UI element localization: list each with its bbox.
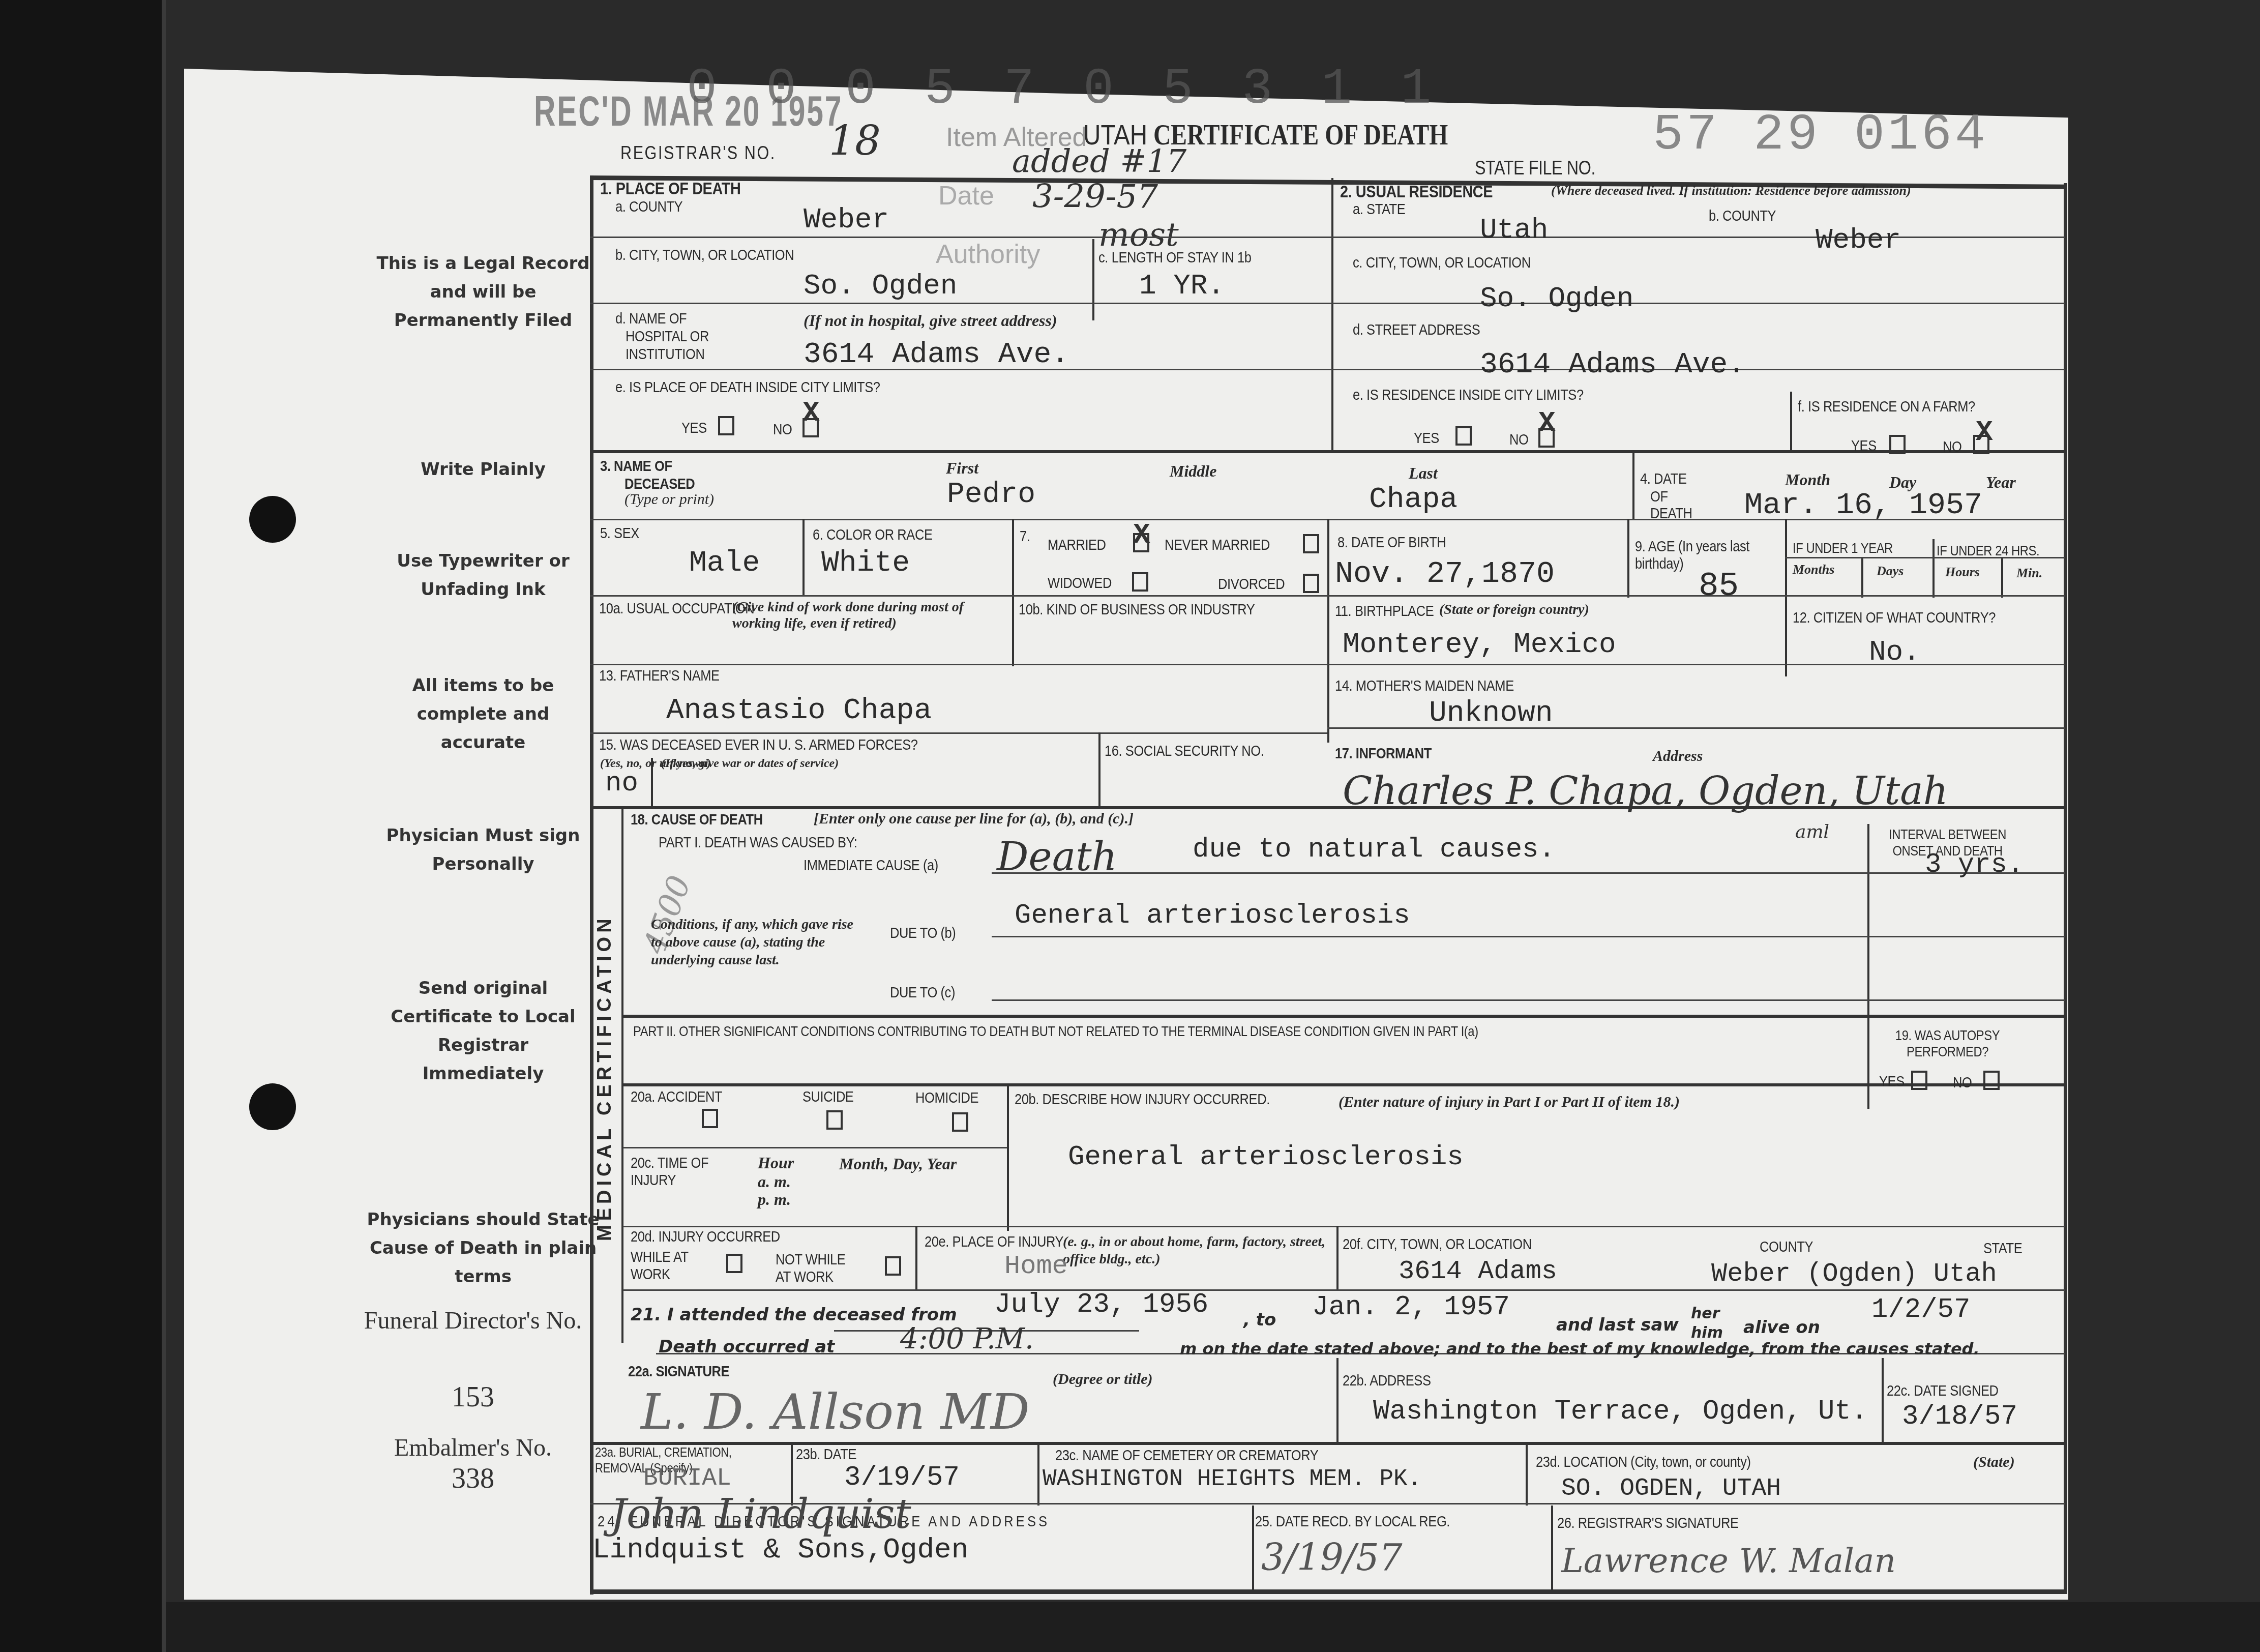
- part1-label: PART I. DEATH WAS CAUSED BY:: [659, 834, 857, 851]
- pod-inside-city-label: e. IS PLACE OF DEATH INSIDE CITY LIMITS?: [615, 379, 880, 396]
- res-farm-label: f. IS RESIDENCE ON A FARM?: [1798, 398, 1975, 416]
- scan-background: [166, 1602, 2260, 1652]
- date-recd-label: 25. DATE RECD. BY LOCAL REG.: [1255, 1513, 1450, 1530]
- citizen-value[interactable]: No.: [1869, 636, 1920, 668]
- divider: [621, 809, 623, 1343]
- occupation-label: 10a. USUAL OCCUPATION: [599, 600, 754, 617]
- to-label: , to: [1243, 1310, 1276, 1330]
- pod-yes-label: YES: [681, 420, 707, 437]
- medical-certification-label: MEDICAL CERTIFICATION: [594, 914, 616, 1241]
- informant-initials: aml: [1795, 821, 1829, 842]
- pod-no-label: NO: [773, 421, 792, 438]
- pod-county-value[interactable]: Weber: [804, 203, 889, 236]
- degree-label: (Degree or title): [1053, 1371, 1153, 1388]
- pod-city-value[interactable]: So. Ogden: [804, 270, 957, 302]
- funeral-director-no: 153: [351, 1383, 595, 1411]
- divider: [1331, 178, 1333, 453]
- birth-date-value[interactable]: Nov. 27,1870: [1335, 557, 1555, 592]
- section-line: [623, 1083, 2065, 1086]
- alteration-date: 3-29-57: [1032, 178, 1158, 216]
- cemetery-value[interactable]: WASHINGTON HEIGHTS MEM. PK.: [1043, 1466, 1421, 1492]
- married-label: MARRIED: [1048, 537, 1106, 554]
- injury-city-label: 20f. CITY, TOWN, OR LOCATION: [1343, 1236, 1532, 1253]
- divider: [1627, 519, 1629, 598]
- divider: [1861, 557, 1863, 598]
- margin-note-complete: All items to be complete and accurate: [376, 671, 590, 757]
- margin-note-physician-sign: Physician Must sign Personally: [376, 821, 590, 878]
- autopsy-no-checkbox[interactable]: [1983, 1071, 2000, 1090]
- last-name-label: Last: [1409, 464, 1438, 483]
- due-to-b-value[interactable]: General arteriosclerosis: [1015, 900, 1410, 931]
- informant-title: 17. INFORMANT: [1335, 745, 1432, 762]
- middle-name-label: Middle: [1170, 462, 1216, 481]
- pod-inside-city-yes-checkbox[interactable]: [718, 416, 734, 435]
- form-border-bottom: [590, 1589, 2067, 1594]
- while-at-work-label: WHILE AT WORK: [631, 1249, 691, 1283]
- divider: [1785, 519, 1787, 676]
- farm-no-label: NO: [1943, 438, 1961, 456]
- location-label: 23d. LOCATION (City, town, or county): [1536, 1454, 1751, 1471]
- sex-label: 5. SEX: [600, 525, 639, 542]
- date-signed-label: 22c. DATE SIGNED: [1887, 1382, 1998, 1400]
- dod-month-label: Month: [1785, 470, 1830, 489]
- not-while-at-work-label: NOT WHILE AT WORK: [776, 1251, 853, 1286]
- divider: [1526, 1444, 1528, 1506]
- dod-label-1: 4. DATE: [1640, 470, 1686, 488]
- cause-hint: [Enter only one cause per line for (a), …: [814, 810, 1134, 828]
- dod-label-2: OF: [1650, 488, 1668, 506]
- not-while-at-work-checkbox[interactable]: [885, 1256, 901, 1276]
- cause-line-c: [992, 999, 2065, 1001]
- physician-address-value[interactable]: Washington Terrace, Ogden, Ut.: [1373, 1396, 1867, 1427]
- informant-address-label: Address: [1653, 748, 1703, 765]
- am-label: a. m.: [758, 1172, 791, 1191]
- divider: [1632, 453, 1634, 519]
- divider: [1790, 392, 1792, 453]
- form-border-right: [2064, 183, 2067, 1592]
- registrar-no-label: REGISTRAR'S NO.: [620, 142, 776, 164]
- homicide-checkbox[interactable]: [952, 1112, 968, 1132]
- father-label: 13. FATHER'S NAME: [599, 667, 720, 685]
- due-to-b-label: DUE TO (b): [890, 925, 956, 942]
- row-line: [590, 595, 2065, 597]
- birthplace-label: 11. BIRTHPLACE: [1335, 603, 1434, 620]
- serial-number: 0 0 0 5 7 0 5 3 1 1: [687, 61, 1440, 119]
- cause-title: 18. CAUSE OF DEATH: [631, 811, 763, 828]
- funeral-director-value[interactable]: Lindquist & Sons,Ogden: [592, 1533, 968, 1566]
- injury-city-value[interactable]: 3614 Adams: [1399, 1256, 1557, 1286]
- accident-label: 20a. ACCIDENT: [631, 1088, 722, 1106]
- divorced-label: DIVORCED: [1218, 576, 1285, 593]
- days-label: Days: [1877, 564, 1904, 579]
- res-street-label: d. STREET ADDRESS: [1353, 321, 1480, 339]
- name-label-1: 3. NAME OF: [600, 458, 672, 475]
- autopsy-no-label: NO: [1953, 1074, 1972, 1091]
- dod-year-label: Year: [1986, 473, 2016, 492]
- widowed-checkbox[interactable]: [1132, 572, 1148, 592]
- signature-label: 22a. SIGNATURE: [628, 1363, 729, 1380]
- cemetery-label: 23c. NAME OF CEMETERY OR CREMATORY: [1055, 1447, 1318, 1464]
- usual-residence-hint: (Where deceased lived. If institution: R…: [1551, 183, 1911, 198]
- hours-label: Hours: [1945, 565, 1980, 580]
- divider: [1007, 1083, 1009, 1231]
- row-line: [590, 303, 2065, 304]
- registrar-signature[interactable]: Lawrence W. Malan: [1561, 1541, 1896, 1580]
- last-saw-date-value[interactable]: 1/2/57: [1871, 1294, 1970, 1325]
- res-inside-city-label: e. IS RESIDENCE INSIDE CITY LIMITS?: [1353, 387, 1584, 404]
- margin-note-legal-record: This is a Legal Record and will be Perma…: [376, 249, 590, 335]
- dod-label-3: DEATH: [1650, 505, 1692, 522]
- divider: [915, 1226, 917, 1289]
- marital-label: 7.: [1020, 528, 1030, 545]
- first-name-value[interactable]: Pedro: [947, 478, 1035, 511]
- age-value[interactable]: 85: [1699, 567, 1739, 605]
- death-occurred-label: Death occurred at: [659, 1337, 835, 1357]
- res-county-label: b. COUNTY: [1709, 208, 1776, 225]
- birth-date-label: 8. DATE OF BIRTH: [1337, 534, 1446, 551]
- certificate-title: UTAH CERTIFICATE OF DEATH: [1083, 118, 1448, 152]
- divider: [1012, 519, 1014, 666]
- name-label-2: DECEASED: [625, 476, 695, 493]
- birthplace-value[interactable]: Monterey, Mexico: [1343, 628, 1616, 661]
- under-1-year-label: IF UNDER 1 YEAR: [1793, 540, 1893, 556]
- row-line: [623, 1226, 2065, 1227]
- under-24-hrs-label: IF UNDER 24 HRS.: [1937, 543, 2039, 559]
- registrar-no-value: 18: [829, 117, 881, 164]
- pod-county-label: a. COUNTY: [615, 198, 682, 216]
- race-value[interactable]: White: [821, 547, 910, 580]
- state-file-no-label: STATE FILE NO.: [1475, 158, 1595, 180]
- section-line: [590, 1442, 2065, 1445]
- date-of-death-value[interactable]: Mar. 16, 1957: [1744, 488, 1982, 523]
- armed-forces-hint-2: (If yes, give war or dates of service): [661, 757, 839, 771]
- immediate-cause-typed[interactable]: due to natural causes.: [1193, 834, 1555, 865]
- punch-hole-icon: [249, 496, 296, 543]
- pod-city-label: b. CITY, TOWN, OR LOCATION: [615, 247, 794, 264]
- burial-date-value[interactable]: 3/19/57: [844, 1462, 960, 1493]
- title-state: UTAH: [1083, 119, 1147, 151]
- funeral-director-signature[interactable]: John Lindquist: [610, 1490, 911, 1538]
- section-line: [623, 1015, 2065, 1018]
- ssn-label: 16. SOCIAL SECURITY NO.: [1105, 743, 1264, 760]
- birthplace-hint: (State or foreign country): [1439, 602, 1589, 618]
- interval-value[interactable]: 3 yrs.: [1925, 849, 2024, 880]
- divider: [1867, 824, 1869, 1109]
- signature-title: 22a. SIGNATURE: [628, 1363, 729, 1380]
- month-day-year-label: Month, Day, Year: [839, 1155, 957, 1173]
- attended-to-value[interactable]: Jan. 2, 1957: [1312, 1292, 1510, 1323]
- physician-address-label: 22b. ADDRESS: [1343, 1372, 1431, 1390]
- row-line: [590, 732, 1327, 734]
- x-mark-icon: X: [1538, 407, 1556, 439]
- margin-note-send-original: Send original Certificate to Local Regis…: [376, 974, 590, 1088]
- divider: [1252, 1506, 1254, 1592]
- cause-of-death-label: 18. CAUSE OF DEATH: [631, 811, 763, 829]
- part2-label: PART II. OTHER SIGNIFICANT CONDITIONS CO…: [633, 1023, 1478, 1040]
- first-name-label: First: [946, 459, 978, 478]
- hospital-hint: (If not in hospital, give street address…: [804, 311, 1057, 330]
- place-of-death-label: 1. PLACE OF DEATH: [600, 179, 740, 199]
- hospital-value[interactable]: 3614 Adams Ave.: [804, 338, 1069, 371]
- occupation-hint: (Give kind of work done during most of w…: [732, 599, 1007, 632]
- title-text: CERTIFICATE OF DEATH: [1153, 120, 1448, 151]
- divider: [1882, 1358, 1884, 1444]
- divider: [1336, 1358, 1339, 1444]
- x-mark-icon: X: [1976, 416, 1993, 449]
- injury-county-state-value[interactable]: Weber (Ogden) Utah: [1711, 1259, 1997, 1289]
- res-state-label: a. STATE: [1353, 201, 1405, 218]
- injury-desc-label: 20b. DESCRIBE HOW INJURY OCCURRED.: [1015, 1091, 1270, 1108]
- divider: [802, 519, 805, 595]
- cause-line-b: [992, 936, 2065, 937]
- injury-desc-hint: (Enter nature of injury in Part I or Par…: [1339, 1094, 1680, 1111]
- time-of-injury-label: 20c. TIME OF INJURY: [631, 1155, 717, 1189]
- res-city-label: c. CITY, TOWN, OR LOCATION: [1353, 254, 1531, 272]
- pm-label: p. m.: [758, 1190, 791, 1209]
- farm-yes-label: YES: [1851, 437, 1877, 455]
- name-label-3: (Type or print): [625, 491, 714, 508]
- date-signed-value[interactable]: 3/18/57: [1902, 1401, 2017, 1432]
- place-of-injury-label: 20e. PLACE OF INJURY: [925, 1233, 1063, 1251]
- min-label: Min.: [2016, 566, 2042, 581]
- divider: [2001, 557, 2003, 598]
- father-value[interactable]: Anastasio Chapa: [666, 694, 932, 727]
- farm-yes-checkbox[interactable]: [1889, 435, 1906, 454]
- death-occurred-suffix: m on the date stated above; and to the b…: [1180, 1339, 1980, 1359]
- place-of-injury-hint: (e. g., in or about home, farm, factory,…: [1063, 1233, 1332, 1268]
- cause-line-a: [992, 872, 2065, 874]
- disposition-value[interactable]: BURIAL: [643, 1465, 731, 1492]
- divorced-checkbox[interactable]: [1303, 574, 1319, 593]
- x-mark-icon: X: [1133, 519, 1150, 551]
- divider: [1932, 539, 1935, 598]
- divider: [1098, 732, 1101, 809]
- section-line: [590, 450, 2065, 453]
- conditions-hint: Conditions, if any, which gave rise to a…: [651, 916, 859, 969]
- res-city-value[interactable]: So. Ogden: [1480, 282, 1633, 315]
- widowed-label: WIDOWED: [1048, 575, 1112, 592]
- mother-value[interactable]: Unknown: [1429, 697, 1553, 730]
- res-state-value[interactable]: Utah: [1480, 214, 1548, 246]
- attended-label: 21. I attended the deceased from: [631, 1305, 957, 1325]
- alteration-date-label: Date: [938, 181, 994, 211]
- embalmer-no-label: Embalmer's No.: [351, 1434, 595, 1462]
- row-line: [590, 664, 2065, 665]
- race-label: 6. COLOR OR RACE: [813, 526, 933, 544]
- location-state-label: (State): [1973, 1454, 2015, 1471]
- embalmer-no: 338: [351, 1465, 595, 1492]
- hospital-label-1: d. NAME OF: [615, 310, 687, 328]
- suicide-checkbox[interactable]: [826, 1110, 843, 1130]
- citizen-label: 12. CITIZEN OF WHAT COUNTRY?: [1793, 609, 1996, 627]
- informant-value[interactable]: Charles P. Chapa, Ogden, Utah: [1343, 768, 1948, 813]
- length-of-stay-value[interactable]: 1 YR.: [1139, 270, 1225, 302]
- autopsy-label: 19. WAS AUTOPSY PERFORMED?: [1874, 1027, 2021, 1060]
- death-time-value[interactable]: 4:00 P.M.: [900, 1322, 1034, 1355]
- attended-from-value[interactable]: July 23, 1956: [994, 1289, 1208, 1320]
- form-border-left: [590, 175, 593, 1595]
- homicide-label: HOMICIDE: [915, 1089, 978, 1107]
- injury-county-label: COUNTY: [1760, 1238, 1813, 1256]
- res-county-value[interactable]: Weber: [1816, 224, 1901, 256]
- res-no-label: NO: [1509, 431, 1528, 449]
- hospital-label-2: HOSPITAL OR: [626, 328, 709, 345]
- suicide-label: SUICIDE: [802, 1088, 853, 1106]
- accident-checkbox[interactable]: [702, 1109, 718, 1128]
- binder-strip: [0, 0, 165, 1652]
- injury-desc-value[interactable]: General arteriosclerosis: [1068, 1142, 1464, 1173]
- usual-residence-title: 2. USUAL RESIDENCE: [1340, 182, 1493, 201]
- date-recd-value[interactable]: 3/19/57: [1261, 1536, 1403, 1579]
- row-line: [623, 1147, 1007, 1148]
- due-to-c-label: DUE TO (c): [890, 984, 955, 1001]
- last-saw-label: and last saw: [1556, 1315, 1679, 1335]
- physician-signature[interactable]: L. D. Allson MD: [641, 1383, 1030, 1440]
- never-married-checkbox[interactable]: [1303, 534, 1319, 553]
- armed-forces-label: 15. WAS DECEASED EVER IN U. S. ARMED FOR…: [599, 736, 918, 754]
- immediate-cause-label: IMMEDIATE CAUSE (a): [804, 857, 938, 874]
- immediate-cause-handwritten[interactable]: Death: [997, 834, 1117, 880]
- divider: [1551, 1506, 1553, 1592]
- autopsy-yes-checkbox[interactable]: [1911, 1071, 1927, 1090]
- armed-forces-value[interactable]: no: [605, 768, 638, 799]
- hour-label: Hour: [758, 1154, 794, 1172]
- injury-occurred-label: 20d. INJURY OCCURRED: [631, 1228, 780, 1246]
- autopsy-yes-label: YES: [1879, 1073, 1905, 1090]
- margin-note-write-plainly: Write Plainly: [376, 455, 590, 484]
- months-label: Months: [1793, 562, 1834, 577]
- margin-note-typewriter: Use Typewriter or Unfading Ink: [376, 547, 590, 604]
- informant-label: 17. INFORMANT: [1335, 745, 1432, 762]
- usual-residence-label: 2. USUAL RESIDENCE: [1340, 182, 1493, 202]
- her-label: her: [1691, 1305, 1720, 1322]
- length-of-stay-label: c. LENGTH OF STAY IN 1b: [1098, 249, 1252, 267]
- authority-value: most: [1098, 216, 1179, 254]
- never-married-label: NEVER MARRIED: [1165, 537, 1270, 554]
- alive-on-label: alive on: [1743, 1317, 1820, 1338]
- sex-value[interactable]: Male: [689, 547, 760, 580]
- binder-edge: [162, 0, 166, 1652]
- res-inside-city-yes-checkbox[interactable]: [1455, 426, 1472, 446]
- mother-label: 14. MOTHER'S MAIDEN NAME: [1335, 677, 1514, 695]
- burial-date-label: 23b. DATE: [796, 1446, 856, 1463]
- state-file-number: 57 29 0164: [1653, 107, 1988, 164]
- registrar-signature-label: 26. REGISTRAR'S SIGNATURE: [1557, 1515, 1739, 1532]
- divider: [1092, 239, 1094, 320]
- injury-state-label: STATE: [1983, 1240, 2022, 1257]
- funeral-director-no-label: Funeral Director's No.: [351, 1307, 595, 1335]
- while-at-work-checkbox[interactable]: [726, 1254, 742, 1273]
- divider: [1327, 519, 1329, 743]
- res-yes-label: YES: [1414, 430, 1439, 447]
- margin-note-cause-plain: Physicians should State Cause of Death i…: [366, 1205, 600, 1291]
- row-line: [623, 1289, 2065, 1291]
- place-of-injury-value[interactable]: Home: [1004, 1251, 1068, 1281]
- hospital-label-3: INSTITUTION: [626, 346, 704, 363]
- location-value[interactable]: SO. OGDEN, UTAH: [1561, 1475, 1781, 1502]
- x-mark-icon: X: [802, 397, 820, 429]
- last-name-value[interactable]: Chapa: [1369, 483, 1458, 516]
- res-street-value[interactable]: 3614 Adams Ave.: [1480, 348, 1745, 381]
- divider: [1336, 1226, 1339, 1289]
- business-label: 10b. KIND OF BUSINESS OR INDUSTRY: [1019, 601, 1255, 618]
- divider: [1037, 1444, 1039, 1506]
- authority-label: Authority: [936, 239, 1040, 270]
- punch-hole-icon: [249, 1083, 296, 1130]
